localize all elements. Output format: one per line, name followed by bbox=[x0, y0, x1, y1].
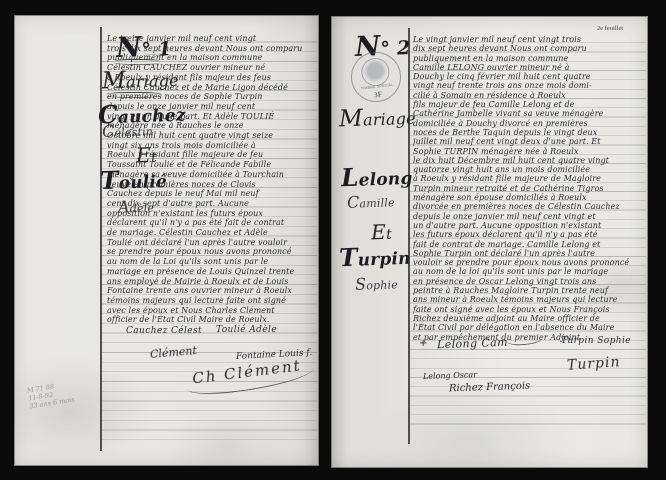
act-text-line: ans employé de Mairie à Roeulx et de Lou… bbox=[107, 277, 316, 287]
act-text-line: Douchy le cinq février mil huit cent qua… bbox=[413, 72, 645, 81]
act-text-line: au nom de la loi qu'ils sont unis par le… bbox=[413, 267, 645, 276]
act-text-line: depuis le onze janvier mil neuf cent bbox=[107, 102, 316, 112]
act-text-line: peintre à Rauches Magloire Turpin trente… bbox=[413, 286, 645, 295]
act-text-line: ménagère son épouse domiciliés à Roeulx bbox=[413, 193, 645, 202]
act-text-line: Cauchez depuis le neuf Mai mil neuf bbox=[107, 189, 316, 199]
act-text-line: Le vingt janvier mil neuf cent vingt tro… bbox=[413, 35, 645, 44]
signature-officer: Richez François bbox=[449, 381, 531, 395]
act-text-line: ans mineur à Roeulx témoins majeurs qui … bbox=[413, 295, 645, 304]
act-text-line: faite ont signé avec les époux et Nous F… bbox=[413, 305, 645, 314]
act-text-line: domiciliée à Douchy divorcé en premières bbox=[413, 119, 645, 128]
act-text-body: Le treize janvier mil neuf cent vingttro… bbox=[107, 34, 316, 325]
act-text-line: veuve en premières noces de Clovis bbox=[107, 180, 316, 190]
act-text-line: Richez deuxième adjoint au Maire officie… bbox=[413, 314, 645, 323]
act-text-line: à Roeulx y résidant fille majeure de Mag… bbox=[413, 174, 645, 183]
act-text-line: Le treize janvier mil neuf cent vingt bbox=[107, 34, 316, 44]
act-text-line: ménagère sa veuve domiciliée à Tourchain bbox=[107, 170, 316, 180]
act-text-line: vingt et un d'une part. Et Adèle TOULIÉ bbox=[107, 112, 316, 122]
act-text-line: fils majeur de feu Camille Lelong et de bbox=[413, 100, 645, 109]
page-right-act-2: 2e feuillet N° 2 TIMBRE SPÉCIAL 3F Maria… bbox=[331, 16, 648, 468]
act-text-line: fait de contrat de mariage. Camille Lelo… bbox=[413, 240, 645, 249]
act-text-line: Sophie Turpin ont déclaré l'un après l'a… bbox=[413, 249, 645, 258]
act-text-line: Octobre mil huit cent quatre vingt seize bbox=[107, 131, 316, 141]
act-text-line: Toussaint Toulié et de Félicande Fabille bbox=[107, 160, 316, 170]
act-text-line: le dix huit Décembre mil huit cent quatr… bbox=[413, 156, 645, 165]
act-text-line: un d'autre part. Aucune opposition n'exi… bbox=[413, 221, 645, 230]
act-text-line: de mariage. Célestin Cauchez et Adèle bbox=[107, 228, 316, 238]
signature-cross: + bbox=[419, 338, 427, 349]
signature-bride: Toulié Adèle bbox=[216, 325, 277, 335]
margin-rule bbox=[408, 28, 410, 444]
act-text-line: témoins majeurs qui lecture faite ont si… bbox=[107, 296, 316, 306]
act-text-line: avec les époux et Nous Charles Clément bbox=[107, 306, 316, 316]
act-text-line: opposition n'existant les futurs époux bbox=[107, 209, 316, 219]
signature-groom: Lelong Cam bbox=[437, 336, 508, 351]
bride-surname: Turpin bbox=[339, 241, 412, 272]
act-text-line: Toulié ont déclaré l'un après l'autre vo… bbox=[107, 238, 316, 248]
act-text-line: cent dix sept d'autre part. Aucune bbox=[107, 199, 316, 209]
act-text-line: Turpin mineur retraité et de Cathérine T… bbox=[413, 184, 645, 193]
act-text-line: ménagère née à Rauches le onze bbox=[107, 121, 316, 131]
page-left-act-1: N° 1 Mariage Cauchez Célestin Et Toulié … bbox=[14, 15, 319, 466]
act-text-line: au nom de la Loi qu'ils sont unis par le bbox=[107, 257, 316, 267]
act-type-label: Mariage bbox=[339, 103, 417, 133]
act-text-line: les futurs époux déclarent qu'il n'y a p… bbox=[413, 230, 645, 239]
act-text-line: juillet mil neuf cent vingt deux d'une p… bbox=[413, 137, 645, 146]
act-text-line: mariage en présence de Louis Quinzel tre… bbox=[107, 267, 316, 277]
act-text-line: Célestin Cauchez et de Marie Ligon décéd… bbox=[107, 83, 316, 93]
act-text-line: officier de l'État Civil Maire de Roeulx… bbox=[107, 315, 316, 325]
margin-rule bbox=[100, 27, 102, 451]
signature-witness: Lelong Oscar bbox=[423, 370, 477, 381]
act-text-line: divorcée en premières noces de Célestin … bbox=[413, 202, 645, 211]
bride-firstname: Sophie bbox=[355, 273, 399, 293]
pencil-note: M 71 88 11-8-92 33 ans 6 mois bbox=[26, 380, 75, 411]
act-text-line: l'État Civil par délégation en l'absence… bbox=[413, 323, 645, 332]
act-text-line: se prendre pour époux nous avons prononc… bbox=[107, 247, 316, 257]
groom-surname: Lelong bbox=[341, 161, 413, 192]
act-text-line: trois dix sept heures devant Nous ont co… bbox=[107, 44, 316, 54]
act-text-line: quatorze vingt huit ans un mois domicili… bbox=[413, 165, 645, 174]
act-text-line: Célestin CAUCHEZ ouvrier mineur né bbox=[107, 63, 316, 73]
act-text-line: vouloir se prendre pour époux nous avons… bbox=[413, 258, 645, 267]
act-text-line: noces de Berthe Taquin depuis le vingt d… bbox=[413, 128, 645, 137]
act-text-line: en premières noces de Sophie Turpin bbox=[107, 92, 316, 102]
act-text-line: déclarent qu'il n'y a pas été fait de co… bbox=[107, 218, 316, 228]
signature-bride: Turpin Sophie bbox=[561, 336, 631, 346]
act-text-line: en présence de Oscar Lelong vingt trois … bbox=[413, 277, 645, 286]
act-text-line: Camille LELONG ouvrier mineur né à bbox=[413, 63, 645, 72]
act-text-body: Le vingt janvier mil neuf cent vingt tro… bbox=[413, 35, 645, 342]
act-text-line: Fontaine trente ans ouvrier mineur à Roe… bbox=[107, 286, 316, 296]
act-text-line: depuis le onze janvier mil neuf cent vin… bbox=[413, 212, 645, 221]
act-text-line: Roeulx y résidant fille majeure de feu bbox=[107, 150, 316, 160]
act-text-line: cilié à Somain en résidence à Roeulx bbox=[413, 91, 645, 100]
act-text-line: vingt six ans trois mois domiciliée à bbox=[107, 141, 316, 151]
groom-firstname: Camille bbox=[347, 191, 395, 212]
signature-bride-paraph: Turpin bbox=[567, 354, 622, 374]
register-scan: N° 1 Mariage Cauchez Célestin Et Toulié … bbox=[0, 0, 666, 480]
act-text-line: Sophie TURPIN ménagère née à Roeulx bbox=[413, 147, 645, 156]
printed-folio-note: 2e feuillet bbox=[597, 25, 623, 32]
act-text-line: vingt neuf trente trois ans onze mois do… bbox=[413, 81, 645, 90]
act-text-line: publiquement en la maison commune bbox=[413, 54, 645, 63]
signature-groom: Cauchez Célest bbox=[126, 326, 202, 336]
act-text-line: dix sept heures devant Nous ont comparu bbox=[413, 44, 645, 53]
act-text-line: Cathérine Jambelle vivant sa veuve ménag… bbox=[413, 109, 645, 118]
act-text-line: publiquement en la maison commune bbox=[107, 53, 316, 63]
signature-paraph: Clément bbox=[150, 344, 198, 361]
act-text-line: à Roeulx y résidant fils majeur des feus bbox=[107, 73, 316, 83]
